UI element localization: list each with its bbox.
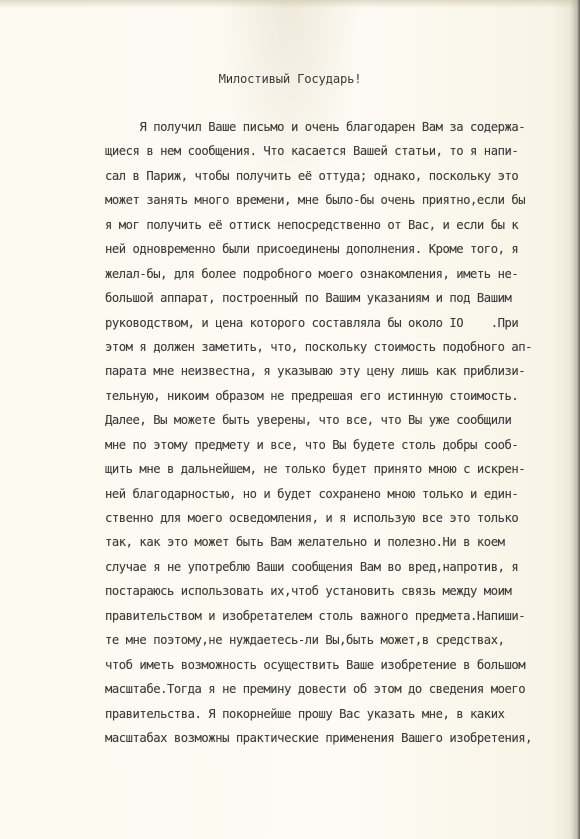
text-line: этом я должен заметить, что, поскольку с… (105, 335, 575, 359)
letter-body: Я получил Ваше письмо и очень благодарен… (105, 115, 575, 750)
text-line: сал в Париж, чтобы получить её оттуда; о… (105, 164, 575, 188)
typewritten-page: Милостивый Государь! Я получил Ваше пись… (0, 0, 580, 839)
text-line: постараюсь использовать их,чтоб установи… (105, 579, 575, 603)
text-line: мне по этому предмету и все, что Вы буде… (105, 433, 575, 457)
text-line: ней одновременно были присоединены допол… (105, 237, 575, 261)
text-line: тельную, никоим образом не предрешая его… (105, 384, 575, 408)
text-line: я мог получить её оттиск непосредственно… (105, 213, 575, 237)
text-line: случае я не употреблю Ваши сообщения Вам… (105, 555, 575, 579)
text-line: ственно для моего осведомления, и я испо… (105, 506, 575, 530)
text-line: чтоб иметь возможность осуществить Ваше … (105, 653, 575, 677)
paper-crease (0, 0, 580, 8)
text-line: Далее, Вы можете быть уверены, что все, … (105, 408, 575, 432)
text-line: масштабе.Тогда я не премину довести об э… (105, 677, 575, 701)
text-line: так, как это может быть Вам желательно и… (105, 530, 575, 554)
text-line: ней благодарностью, но и будет сохранено… (105, 482, 575, 506)
text-line: руководством, и цена которого составляла… (105, 311, 575, 335)
text-line: те мне поэтому,не нуждаетесь-ли Вы,быть … (105, 628, 575, 652)
text-line: правительства. Я покорнейше прошу Вас ук… (105, 702, 575, 726)
text-line: большой аппарат, построенный по Вашим ук… (105, 286, 575, 310)
text-line: щиеся в нем сообщения. Что касается Ваше… (105, 139, 575, 163)
text-line: Я получил Ваше письмо и очень благодарен… (105, 115, 575, 139)
text-line: желал-бы, для более подробного моего озн… (105, 262, 575, 286)
text-line: правительством и изобретателем столь важ… (105, 604, 575, 628)
text-line: парата мне неизвестна, я указываю эту це… (105, 359, 575, 383)
text-line: масштабах возможны практические применен… (105, 726, 575, 750)
salutation-heading: Милостивый Государь! (0, 72, 580, 86)
text-line: щить мне в дальнейшем, не только будет п… (105, 457, 575, 481)
text-line: может занять много времени, мне было-бы … (105, 188, 575, 212)
